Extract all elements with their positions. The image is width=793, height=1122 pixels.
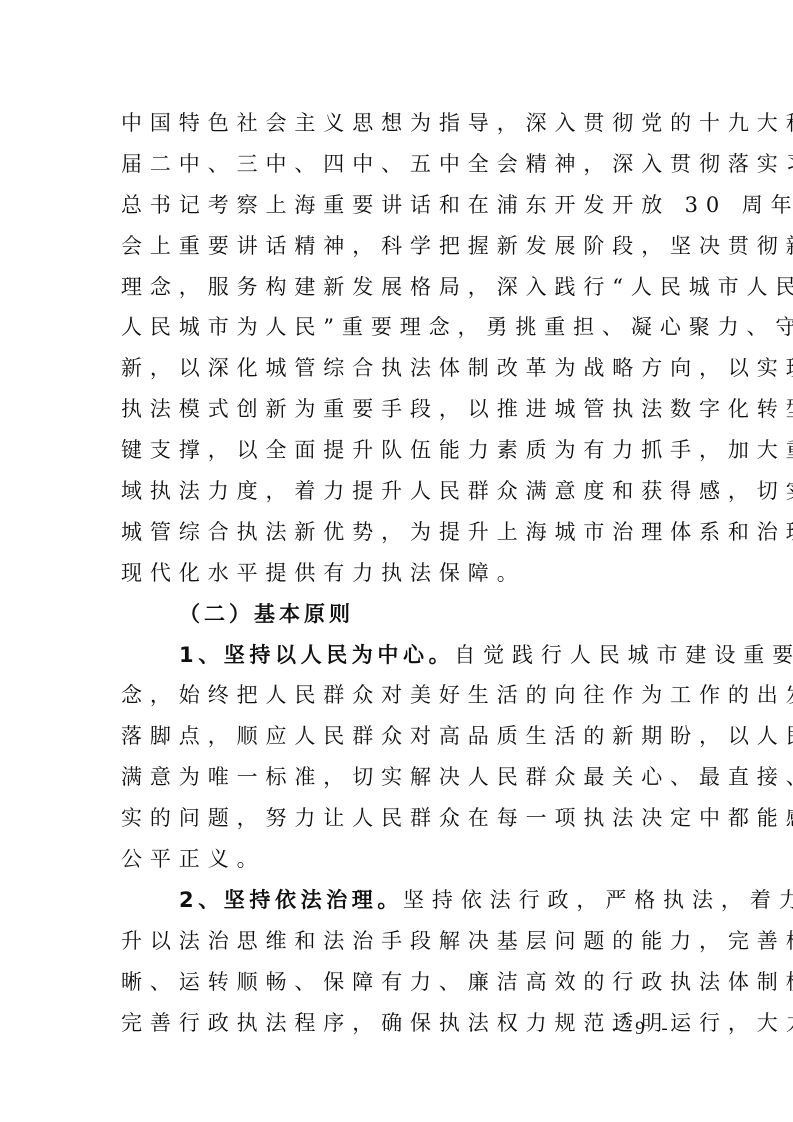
paragraph-line: 晰、运转顺畅、保障有力、廉洁高效的行政执法体制机制， (121, 962, 681, 1003)
paragraph-line: 人民城市为人民”重要理念，勇挑重担、凝心聚力、守正创 (121, 307, 681, 348)
body-text: 中国特色社会主义思想为指导，深入贯彻党的十九大和十九 届二中、三中、四中、五中全… (121, 103, 681, 1043)
paragraph-line: 升以法治思维和法治手段解决基层问题的能力，完善权责清 (121, 921, 681, 962)
paragraph-line: 完善行政执法程序，确保执法权力规范透明运行，大力提高 (121, 1003, 681, 1044)
principle-1-first-line: 1、坚持以人民为中心。自觉践行人民城市建设重要理 (121, 635, 681, 676)
paragraph-line: 新，以深化城管综合执法体制改革为战略方向，以实现城管 (121, 348, 681, 389)
principle-1-title: 1、坚持以人民为中心。 (179, 643, 454, 667)
paragraph-line: 公平正义。 (121, 839, 681, 880)
principle-2-text: 坚持依法行政，严格执法，着力提 (403, 888, 793, 912)
paragraph-line: 总书记考察上海重要讲话和在浦东开发开放 30 周年庆祝大 (121, 185, 681, 226)
paragraph-line: 现代化水平提供有力执法保障。 (121, 553, 681, 594)
paragraph-line: 键支撑，以全面提升队伍能力素质为有力抓手，加大重点领 (121, 430, 681, 471)
section-heading: （二）基本原则 (121, 594, 681, 635)
document-page: 中国特色社会主义思想为指导，深入贯彻党的十九大和十九 届二中、三中、四中、五中全… (0, 0, 793, 1122)
paragraph-line: 理念，服务构建新发展格局，深入践行“人民城市人民建， (121, 267, 681, 308)
paragraph-line: 城管综合执法新优势，为提升上海城市治理体系和治理能力 (121, 512, 681, 553)
paragraph-line: 届二中、三中、四中、五中全会精神，深入贯彻落实习近平 (121, 144, 681, 185)
paragraph-line: 念，始终把人民群众对美好生活的向往作为工作的出发点和 (121, 675, 681, 716)
paragraph-line: 落脚点，顺应人民群众对高品质生活的新期盼，以人民群众 (121, 716, 681, 757)
paragraph-line: 执法模式创新为重要手段，以推进城管执法数字化转型为关 (121, 389, 681, 430)
principle-1-text: 自觉践行人民城市建设重要理 (454, 643, 793, 667)
principle-2-first-line: 2、坚持依法治理。坚持依法行政，严格执法，着力提 (121, 880, 681, 921)
paragraph-line: 域执法力度，着力提升人民群众满意度和获得感，切实发挥 (121, 471, 681, 512)
page-number: - 9 - (612, 1018, 674, 1040)
paragraph-line: 中国特色社会主义思想为指导，深入贯彻党的十九大和十九 (121, 103, 681, 144)
paragraph-line: 会上重要讲话精神，科学把握新发展阶段，坚决贯彻新发展 (121, 226, 681, 267)
principle-2-title: 2、坚持依法治理。 (179, 888, 403, 912)
paragraph-line: 满意为唯一标准，切实解决人民群众最关心、最直接、最现 (121, 757, 681, 798)
paragraph-line: 实的问题，努力让人民群众在每一项执法决定中都能感受到 (121, 798, 681, 839)
